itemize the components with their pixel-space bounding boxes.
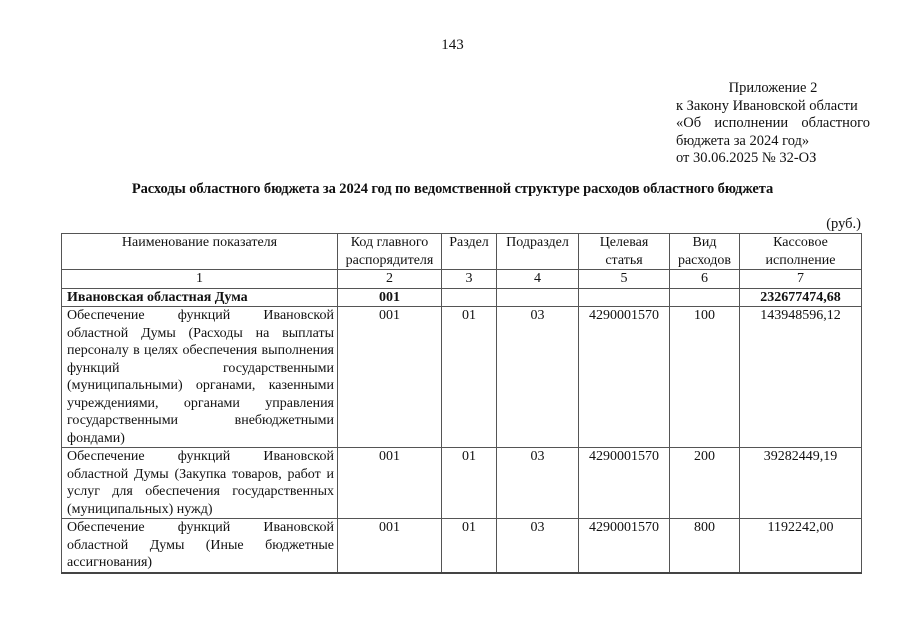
row-subsection xyxy=(497,288,579,307)
row-code: 001 xyxy=(338,519,442,573)
row-name: Ивановская областная Дума xyxy=(62,288,338,307)
appendix-line: Приложение 2 xyxy=(676,80,870,98)
appendix-line: к Закону Ивановской области xyxy=(676,98,870,116)
row-section: 01 xyxy=(442,307,497,448)
row-name: Обеспечение функций Ивановской областной… xyxy=(62,519,338,573)
row-expense-type xyxy=(670,288,740,307)
header-main-manager-code: Код главного распорядителя xyxy=(338,234,442,270)
column-number: 1 xyxy=(62,270,338,289)
header-expense-type: Вид расходов xyxy=(670,234,740,270)
appendix-line: «Об исполнении областного xyxy=(676,115,870,133)
row-name: Обеспечение функций Ивановской областной… xyxy=(62,448,338,519)
header-indicator-name: Наименование показателя xyxy=(62,234,338,270)
row-subsection: 03 xyxy=(497,519,579,573)
appendix-line: бюджета за 2024 год» xyxy=(676,133,870,151)
row-section: 01 xyxy=(442,519,497,573)
row-expense-type: 800 xyxy=(670,519,740,573)
units-label: (руб.) xyxy=(826,216,861,233)
row-target-article xyxy=(579,288,670,307)
row-subsection: 03 xyxy=(497,448,579,519)
table-row: Обеспечение функций Ивановской областной… xyxy=(62,307,862,448)
row-code: 001 xyxy=(338,307,442,448)
row-section: 01 xyxy=(442,448,497,519)
header-section: Раздел xyxy=(442,234,497,270)
column-number: 3 xyxy=(442,270,497,289)
appendix-block: Приложение 2 к Закону Ивановской области… xyxy=(676,80,870,168)
row-amount: 232677474,68 xyxy=(740,288,862,307)
row-name: Обеспечение функций Ивановской областной… xyxy=(62,307,338,448)
row-code: 001 xyxy=(338,448,442,519)
column-number: 7 xyxy=(740,270,862,289)
table-row: Обеспечение функций Ивановской областной… xyxy=(62,448,862,519)
row-target-article: 4290001570 xyxy=(579,448,670,519)
row-amount: 1192242,00 xyxy=(740,519,862,573)
row-expense-type: 200 xyxy=(670,448,740,519)
row-amount: 39282449,19 xyxy=(740,448,862,519)
row-expense-type: 100 xyxy=(670,307,740,448)
expenditure-table: Наименование показателя Код главного рас… xyxy=(61,233,862,574)
row-subsection: 03 xyxy=(497,307,579,448)
header-subsection: Подраздел xyxy=(497,234,579,270)
header-target-article: Целевая статья xyxy=(579,234,670,270)
row-target-article: 4290001570 xyxy=(579,519,670,573)
row-target-article: 4290001570 xyxy=(579,307,670,448)
row-code: 001 xyxy=(338,288,442,307)
row-section xyxy=(442,288,497,307)
column-number: 5 xyxy=(579,270,670,289)
column-number: 4 xyxy=(497,270,579,289)
column-numbers-row: 1 2 3 4 5 6 7 xyxy=(62,270,862,289)
document-title: Расходы областного бюджета за 2024 год п… xyxy=(0,181,905,198)
table-row-department-total: Ивановская областная Дума 001 232677474,… xyxy=(62,288,862,307)
table-header-row: Наименование показателя Код главного рас… xyxy=(62,234,862,270)
row-amount: 143948596,12 xyxy=(740,307,862,448)
header-cash-execution: Кассовое исполнение xyxy=(740,234,862,270)
column-number: 2 xyxy=(338,270,442,289)
appendix-line: от 30.06.2025 № 32-ОЗ xyxy=(676,150,870,168)
table-row: Обеспечение функций Ивановской областной… xyxy=(62,519,862,573)
page-number: 143 xyxy=(0,37,905,54)
column-number: 6 xyxy=(670,270,740,289)
